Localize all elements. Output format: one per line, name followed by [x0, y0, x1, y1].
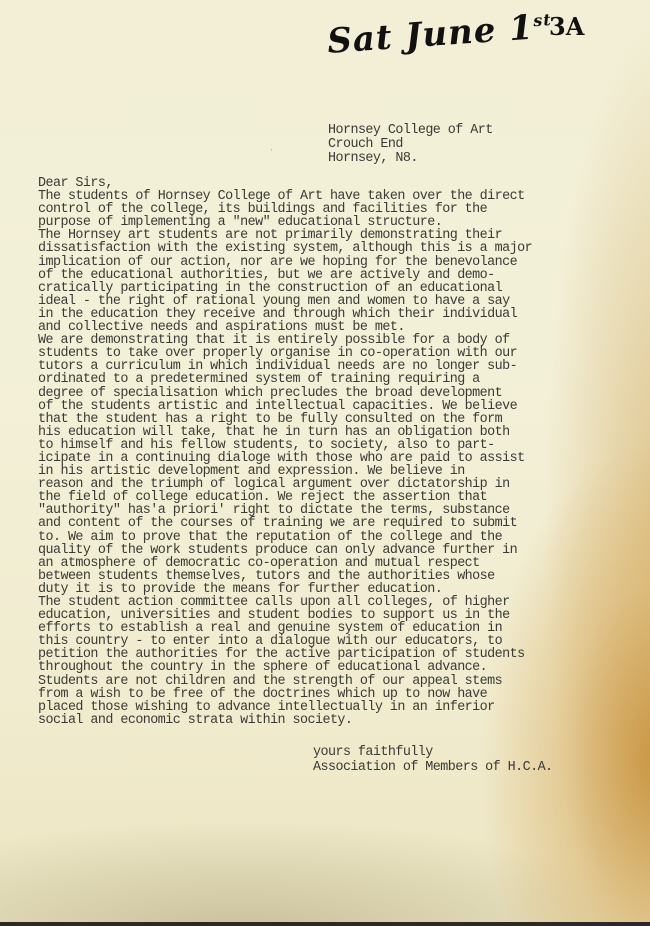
body-line: and content of the courses of training w… — [38, 517, 532, 530]
body-line: ideal - the right of rational young men … — [38, 295, 532, 308]
closing-block: yours faithfullyAssociation of Members o… — [313, 745, 553, 775]
body-line: his education will take, that he in turn… — [38, 426, 532, 439]
body-line: of the students artistic and intellectua… — [38, 400, 532, 413]
body-line: between students themselves, tutors and … — [38, 570, 532, 583]
body-line: degree of specialisation which precludes… — [38, 387, 532, 400]
body-line: Students are not children and the streng… — [38, 675, 532, 688]
letter-page: Sat June 1st 3A · Hornsey College of Art… — [0, 0, 650, 922]
handwritten-date: Sat June 1st — [326, 6, 553, 62]
body-lines: The students of Hornsey College of Art h… — [38, 190, 532, 727]
faint-mark: · — [270, 145, 280, 151]
signature: Association of Members of H.C.A. — [313, 760, 553, 775]
body-line: quality of the work students produce can… — [38, 544, 532, 557]
body-line: to. We aim to prove that the reputation … — [38, 531, 532, 544]
body-line: an atmosphere of democratic co-operation… — [38, 557, 532, 570]
handwritten-page-ref: 3A — [549, 12, 584, 41]
body-line: throughout the country in the sphere of … — [38, 661, 532, 674]
body-line: of the educational authorities, but we a… — [38, 269, 532, 282]
letter-body: Dear Sirs,The students of Hornsey Colleg… — [38, 177, 532, 727]
body-line: ordinated to a predetermined system of t… — [38, 373, 532, 386]
address-line: Hornsey, N8. — [328, 152, 493, 166]
sender-address: Hornsey College of ArtCrouch EndHornsey,… — [328, 124, 493, 166]
body-line: that the student has a right to be fully… — [38, 413, 532, 426]
address-line: Crouch End — [328, 138, 493, 152]
handwritten-date-text: Sat June 1 — [326, 8, 535, 62]
body-line: social and economic strata within societ… — [38, 714, 532, 727]
body-line: from a wish to be free of the doctrines … — [38, 688, 532, 701]
valediction: yours faithfully — [313, 745, 553, 760]
body-line: cratically participating in the construc… — [38, 282, 532, 295]
body-line: dissatisfaction with the existing system… — [38, 242, 532, 255]
body-line: to himself and his fellow students, to s… — [38, 439, 532, 452]
body-line: implication of our action, nor are we ho… — [38, 256, 532, 269]
address-line: Hornsey College of Art — [328, 124, 493, 138]
body-line: placed those wishing to advance intellec… — [38, 701, 532, 714]
